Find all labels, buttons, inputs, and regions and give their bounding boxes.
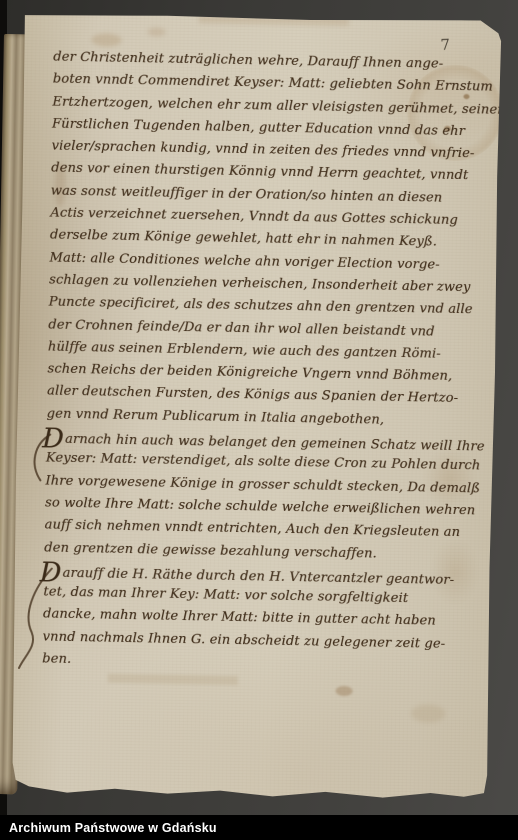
foxing-stain	[91, 33, 121, 47]
foxing-stain	[336, 686, 353, 696]
foxing-stain	[411, 704, 445, 723]
top-edge-stain	[199, 15, 349, 26]
manuscript-paragraph: Darauff die H. Räthe durch den H. Vnterc…	[42, 559, 476, 678]
manuscript-page: 7 der Christenheit zuträglichen wehre, D…	[10, 12, 502, 803]
manuscript-text: der Christenheit zuträglichen wehre, Dar…	[42, 47, 485, 679]
archive-footer-bar: Archiwum Państwowe w Gdańsku	[0, 815, 518, 840]
foxing-stain	[148, 27, 166, 36]
scan-background: 7 der Christenheit zuträglichen wehre, D…	[0, 0, 518, 840]
page-number: 7	[440, 35, 450, 53]
ink-bleed-through	[108, 674, 238, 685]
manuscript-paragraph: Darnach hin auch was belanget den gemein…	[44, 426, 478, 568]
manuscript-paragraph: der Christenheit zuträglichen wehre, Dar…	[46, 47, 485, 434]
archive-watermark-label: Archiwum Państwowe w Gdańsku	[0, 821, 217, 835]
